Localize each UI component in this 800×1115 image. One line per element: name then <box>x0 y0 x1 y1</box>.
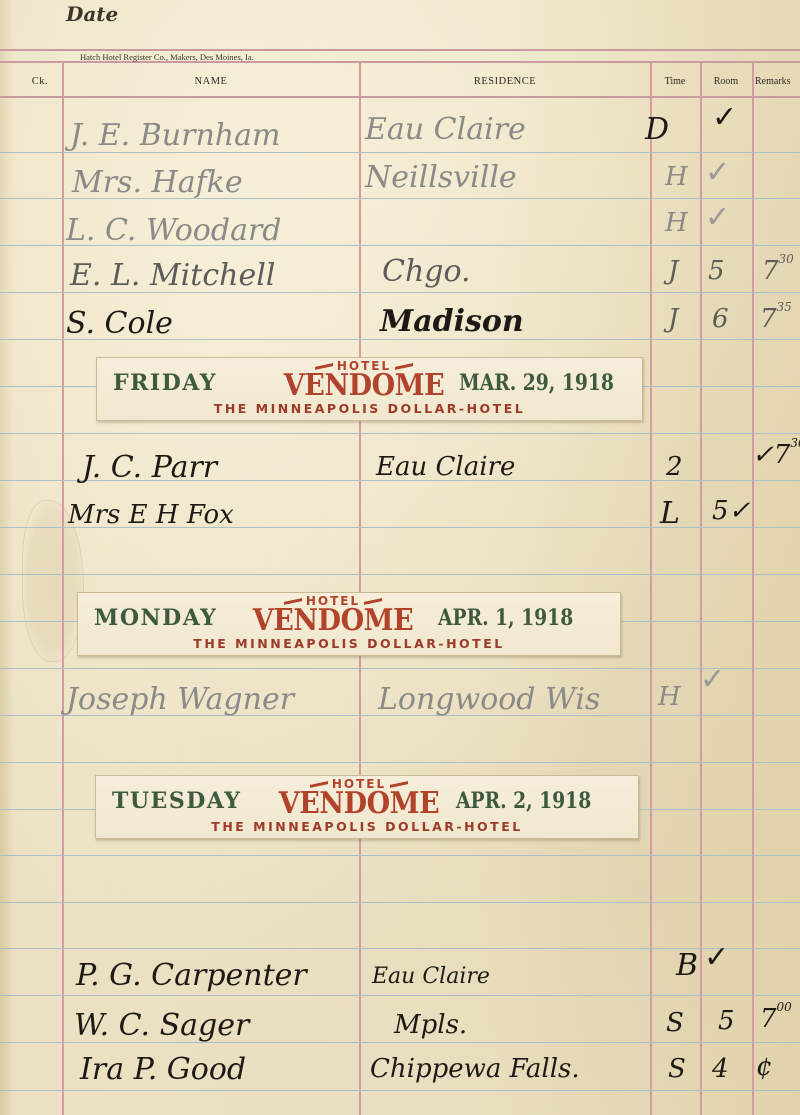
slip-tagline: THE MINNEAPOLIS DOLLAR-HOTEL <box>97 401 642 416</box>
rule-room-remarks <box>752 62 754 1115</box>
guest-residence: Longwood Wis <box>378 682 600 717</box>
remarks-superscript: 30 <box>790 436 800 450</box>
ruling <box>0 762 800 763</box>
remarks-value: 7 <box>760 304 777 334</box>
guest-residence: Madison <box>380 304 524 339</box>
guest-residence: Chgo. <box>382 254 471 289</box>
guest-residence: Chippewa Falls. <box>370 1054 580 1084</box>
remarks-value: 7 <box>760 1004 777 1034</box>
date-slip-monday: MONDAY HOTEL VENDOME APR. 1, 1918 THE MI… <box>77 592 621 656</box>
hotel-name: VENDOME <box>279 372 450 400</box>
rule-ck-name <box>62 62 64 1115</box>
slip-tagline: THE MINNEAPOLIS DOLLAR-HOTEL <box>96 819 638 834</box>
guest-name: Joseph Wagner <box>66 682 294 717</box>
column-header-remarks: Remarks <box>755 76 800 87</box>
ruling <box>0 668 800 669</box>
hotel-vendome-logo: HOTEL VENDOME <box>269 360 459 400</box>
slip-day: TUESDAY <box>112 788 241 814</box>
hotel-name: VENDOME <box>248 607 419 635</box>
hotel-name: VENDOME <box>274 790 445 818</box>
entry-remarks: ¢ <box>756 1052 773 1082</box>
checkmark-icon: ✓ <box>705 200 730 235</box>
entry-room: 5✓ <box>712 496 750 526</box>
ruling <box>0 995 800 996</box>
guest-name: J. E. Burnham <box>70 118 280 153</box>
entry-room: 5 <box>708 256 725 286</box>
guest-name: P. G. Carpenter <box>76 958 307 993</box>
date-slip-friday: FRIDAY HOTEL VENDOME MAR. 29, 1918 THE M… <box>96 357 643 421</box>
entry-remarks: ✓730 <box>752 440 800 470</box>
guest-name: L. C. Woodard <box>66 213 282 248</box>
column-header-time: Time <box>650 76 700 87</box>
rule-residence-time <box>650 62 652 1115</box>
ruling <box>0 855 800 856</box>
ruling <box>0 1090 800 1091</box>
entry-time: H <box>665 208 688 238</box>
slip-date: APR. 1, 1918 <box>438 605 573 631</box>
column-header-ck: Ck. <box>20 76 60 87</box>
entry-time: D <box>645 112 669 147</box>
ruling <box>0 433 800 434</box>
date-slip-tuesday: TUESDAY HOTEL VENDOME APR. 2, 1918 THE M… <box>95 775 639 839</box>
remarks-superscript: 00 <box>777 1000 792 1014</box>
guest-name: W. C. Sager <box>74 1008 249 1043</box>
entry-time: 2 <box>666 452 683 482</box>
guest-residence: Mpls. <box>394 1010 467 1040</box>
checkmark-icon: ✓ <box>700 662 725 697</box>
hotel-vendome-logo: HOTEL VENDOME <box>264 778 454 818</box>
entry-time: S <box>668 1054 686 1084</box>
remarks-superscript: 35 <box>777 300 792 314</box>
entry-time: L <box>660 496 680 531</box>
makers-imprint: Hatch Hotel Register Co., Makers, Des Mo… <box>80 52 254 62</box>
guest-name: Mrs. Hafke <box>72 165 243 200</box>
remarks-value: ✓7 <box>752 440 790 470</box>
guest-residence: Eau Claire <box>365 112 526 147</box>
entry-time: S <box>666 1008 684 1038</box>
slip-date: APR. 2, 1918 <box>456 788 591 814</box>
entry-room: 6 <box>712 304 729 334</box>
slip-date: MAR. 29, 1918 <box>459 370 614 396</box>
checkmark-icon: ✓ <box>705 155 730 190</box>
rule-time-room <box>700 62 702 1115</box>
hotel-vendome-logo: HOTEL VENDOME <box>238 595 428 635</box>
ruling <box>0 902 800 903</box>
guest-residence: Neillsville <box>365 160 517 195</box>
entry-time: B <box>676 948 698 983</box>
header-rule-bottom <box>0 96 800 98</box>
checkmark-icon: ✓ <box>712 100 737 135</box>
header-rule-top <box>0 49 800 51</box>
entry-remarks: 730 <box>762 256 794 286</box>
guest-name: E. L. Mitchell <box>70 258 275 293</box>
register-page: Date Hatch Hotel Register Co., Makers, D… <box>0 0 800 1115</box>
remarks-superscript: 30 <box>779 252 794 266</box>
entry-room: 4 <box>712 1054 729 1084</box>
entry-time: H <box>665 162 688 192</box>
entry-room: 5 <box>718 1006 735 1036</box>
guest-name: S. Cole <box>66 306 173 341</box>
column-header-name: NAME <box>62 76 360 87</box>
column-header-room: Room <box>700 76 752 87</box>
entry-time: J <box>668 304 678 334</box>
entry-time: H <box>658 682 681 712</box>
entry-remarks: 735 <box>760 304 792 334</box>
guest-name: Ira P. Good <box>80 1052 246 1087</box>
slip-day: FRIDAY <box>113 370 217 396</box>
guest-residence: Eau Claire <box>372 964 490 989</box>
slip-tagline: THE MINNEAPOLIS DOLLAR-HOTEL <box>78 636 620 651</box>
guest-residence: Eau Claire <box>376 452 515 482</box>
ruling <box>0 574 800 575</box>
guest-name: Mrs E H Fox <box>68 500 234 530</box>
slip-day: MONDAY <box>94 605 217 631</box>
rule-name-residence <box>359 62 361 1115</box>
entry-time: J <box>668 256 678 286</box>
entry-remarks: 700 <box>760 1004 792 1034</box>
guest-name: J. C. Parr <box>82 450 217 485</box>
checkmark-icon: ✓ <box>704 940 729 975</box>
column-header-residence: RESIDENCE <box>360 76 650 87</box>
date-label: Date <box>66 2 118 26</box>
remarks-value: 7 <box>762 256 779 286</box>
